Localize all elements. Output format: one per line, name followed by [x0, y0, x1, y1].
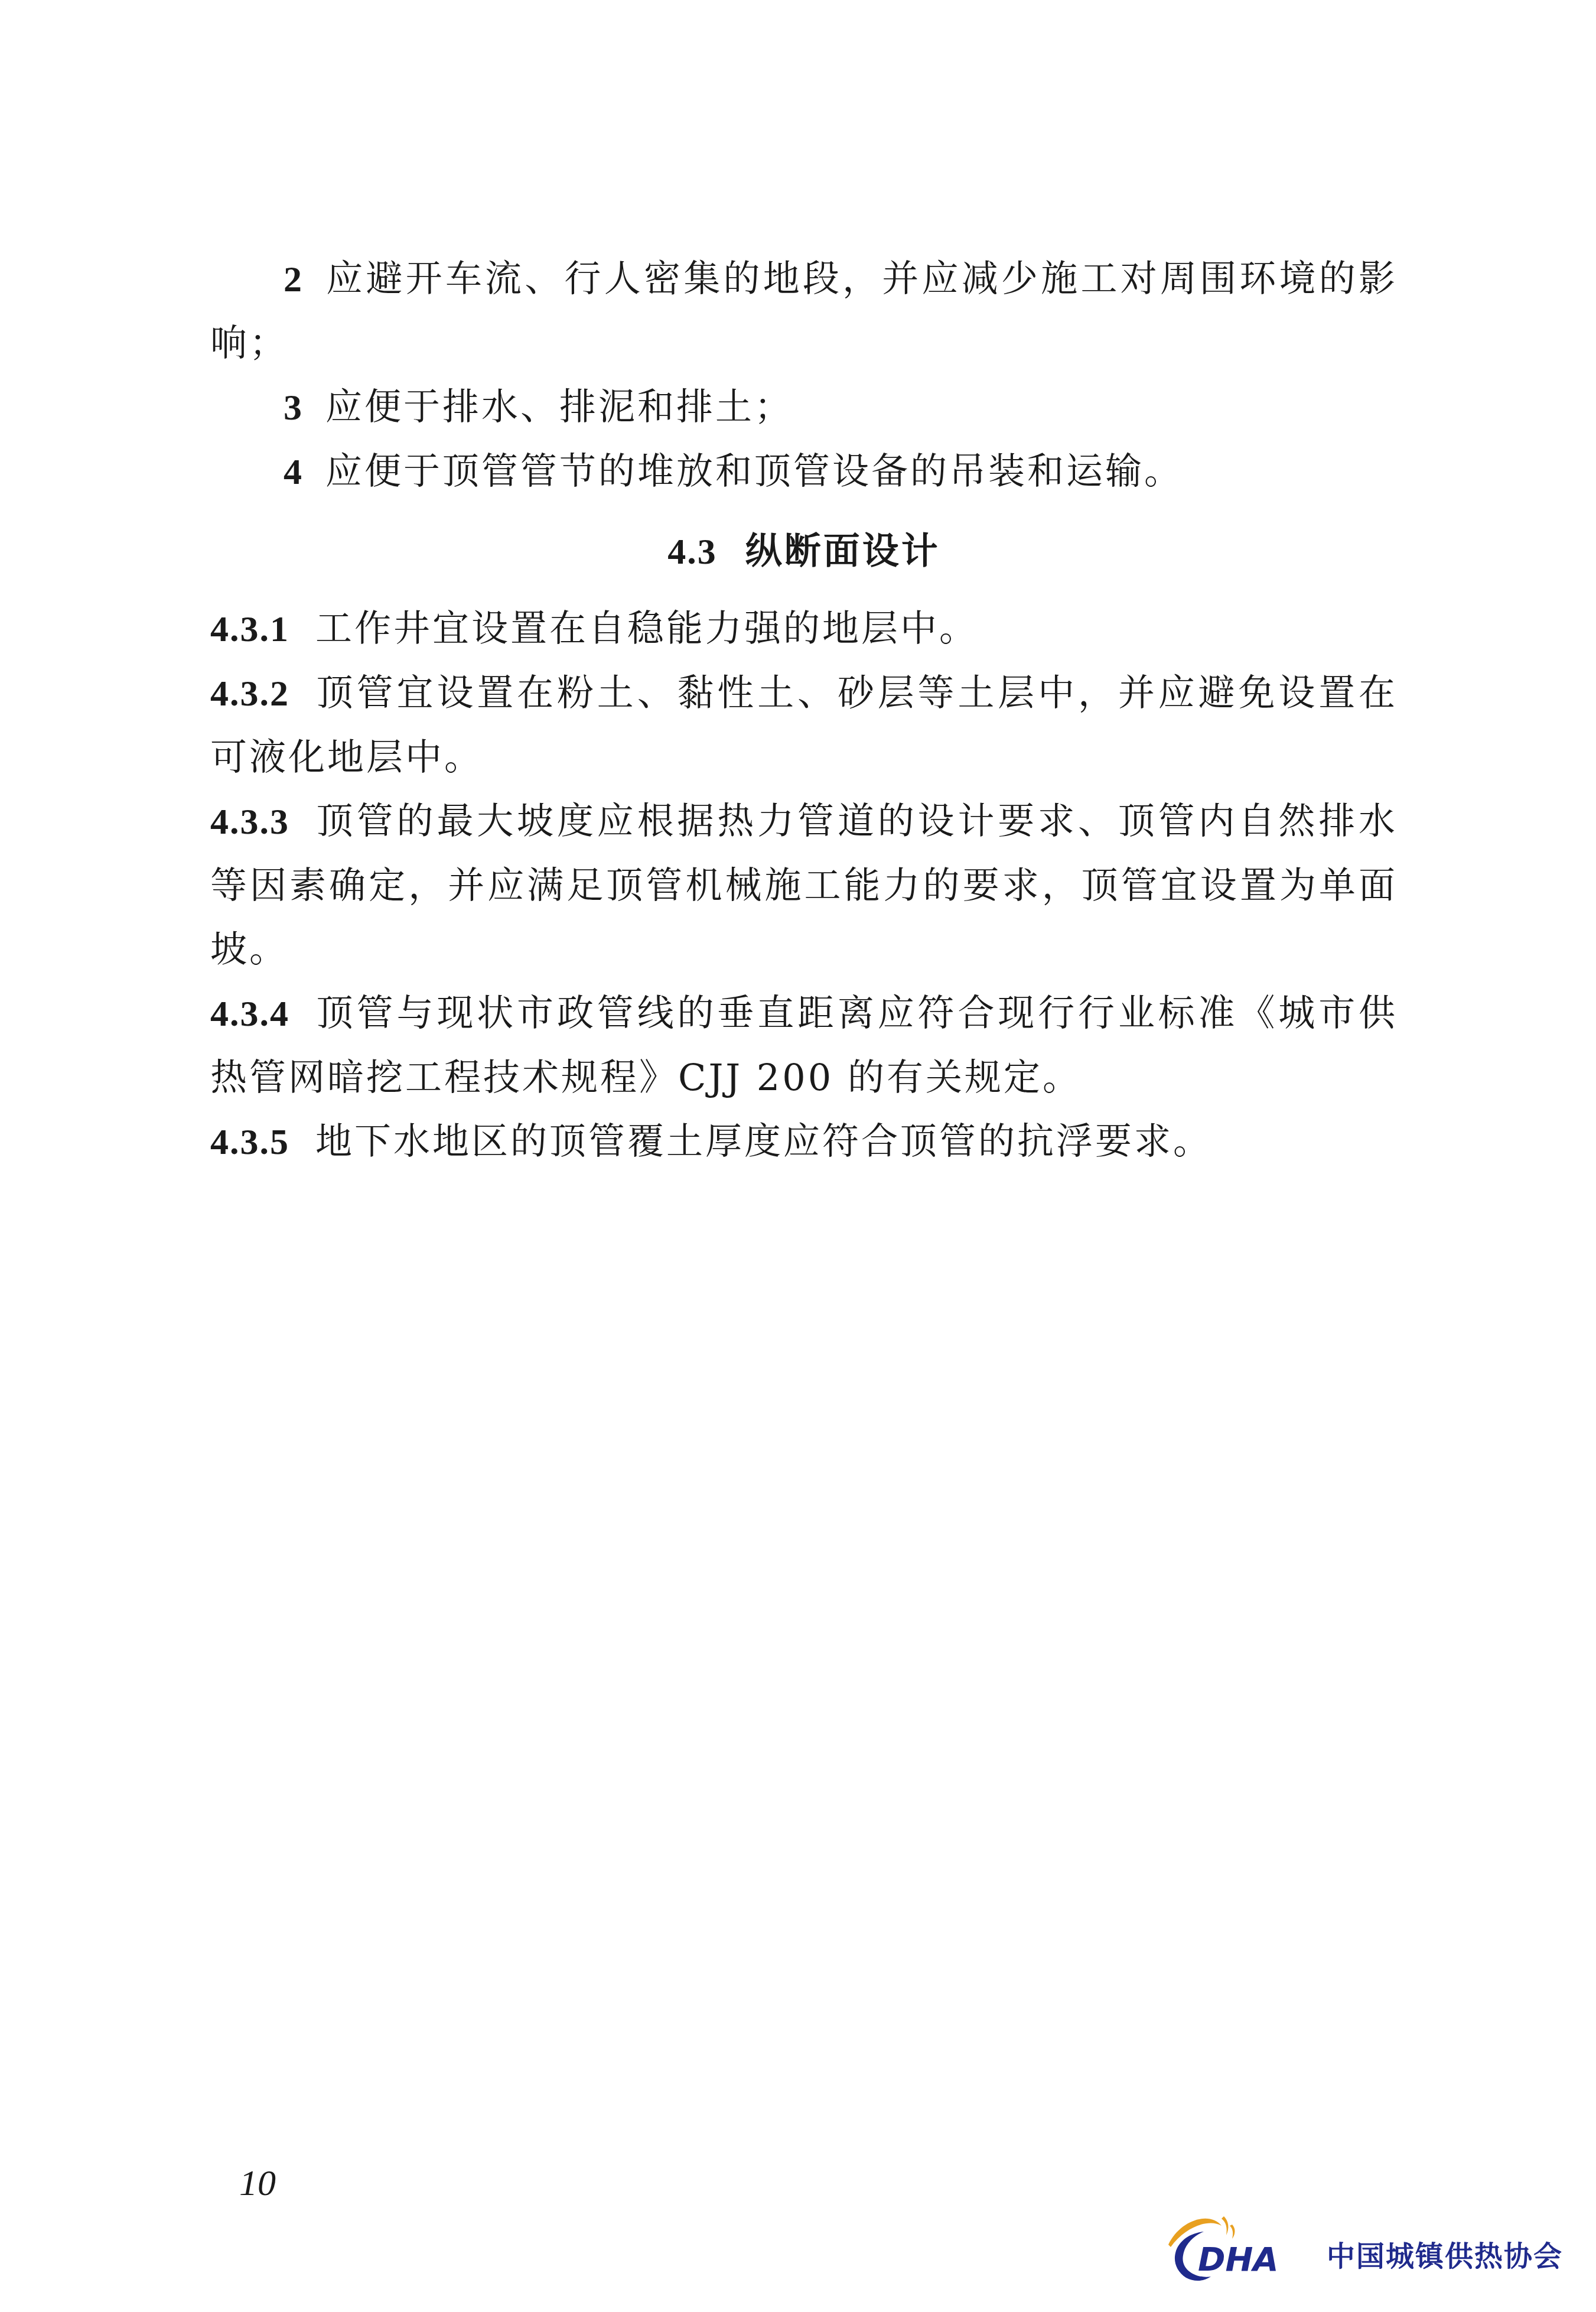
page-number: 10 [239, 2163, 276, 2204]
list-item: 4应便于顶管管节的堆放和顶管设备的吊装和运输。 [210, 440, 1398, 504]
footer-logo: DHA 中国城镇供热协会 [1162, 2199, 1588, 2294]
clause-text: 顶管与现状市政管线的垂直距离应符合现行行业标准《城市供热管网暗挖工程技术规程》C… [210, 991, 1398, 1099]
section-number: 4.3 [667, 532, 717, 572]
section-heading: 4.3纵断面设计 [210, 519, 1398, 584]
list-item: 2应避开车流、行人密集的地段，并应减少施工对周围环境的影响； [210, 247, 1398, 375]
clause-number: 4.3.4 [210, 994, 289, 1034]
clause-text: 地下水地区的顶管覆土厚度应符合顶管的抗浮要求。 [315, 1120, 1212, 1163]
svg-text:DHA: DHA [1198, 2241, 1279, 2279]
clause: 4.3.3顶管的最大坡度应根据热力管道的设计要求、顶管内自然排水等因素确定，并应… [210, 789, 1398, 981]
clause-number: 4.3.3 [210, 802, 289, 842]
section-title: 纵断面设计 [745, 529, 940, 573]
clause: 4.3.2顶管宜设置在粉土、黏性土、砂层等土层中，并应避免设置在可液化地层中。 [210, 661, 1398, 789]
cdha-logo-icon: DHA [1162, 2208, 1310, 2285]
list-item-text: 应便于顶管管节的堆放和顶管设备的吊装和运输。 [325, 450, 1183, 493]
list-item-number: 2 [284, 259, 302, 300]
list-item-text: 应避开车流、行人密集的地段，并应减少施工对周围环境的影响； [210, 257, 1398, 365]
clause-number: 4.3.2 [210, 674, 289, 714]
list-item-number: 4 [284, 452, 302, 492]
clause-text: 顶管的最大坡度应根据热力管道的设计要求、顶管内自然排水等因素确定，并应满足顶管机… [210, 799, 1398, 971]
clause: 4.3.4顶管与现状市政管线的垂直距离应符合现行行业标准《城市供热管网暗挖工程技… [210, 981, 1398, 1110]
org-name: 中国城镇供热协会 [1327, 2233, 1563, 2274]
clause-text: 工作井宜设置在自稳能力强的地层中。 [315, 607, 978, 650]
clause: 4.3.5地下水地区的顶管覆土厚度应符合顶管的抗浮要求。 [210, 1110, 1398, 1174]
list-item-number: 3 [284, 388, 302, 428]
clause-number: 4.3.1 [210, 609, 289, 649]
body-text: 2应避开车流、行人密集的地段，并应减少施工对周围环境的影响； 3应便于排水、排泥… [210, 247, 1398, 1174]
clause-number: 4.3.5 [210, 1122, 289, 1162]
clause: 4.3.1工作井宜设置在自稳能力强的地层中。 [210, 597, 1398, 661]
list-item-text: 应便于排水、排泥和排土； [325, 385, 793, 428]
document-page: 2应避开车流、行人密集的地段，并应减少施工对周围环境的影响； 3应便于排水、排泥… [0, 0, 1596, 2312]
clause-text: 顶管宜设置在粉土、黏性土、砂层等土层中，并应避免设置在可液化地层中。 [210, 671, 1398, 779]
list-item: 3应便于排水、排泥和排土； [210, 375, 1398, 440]
